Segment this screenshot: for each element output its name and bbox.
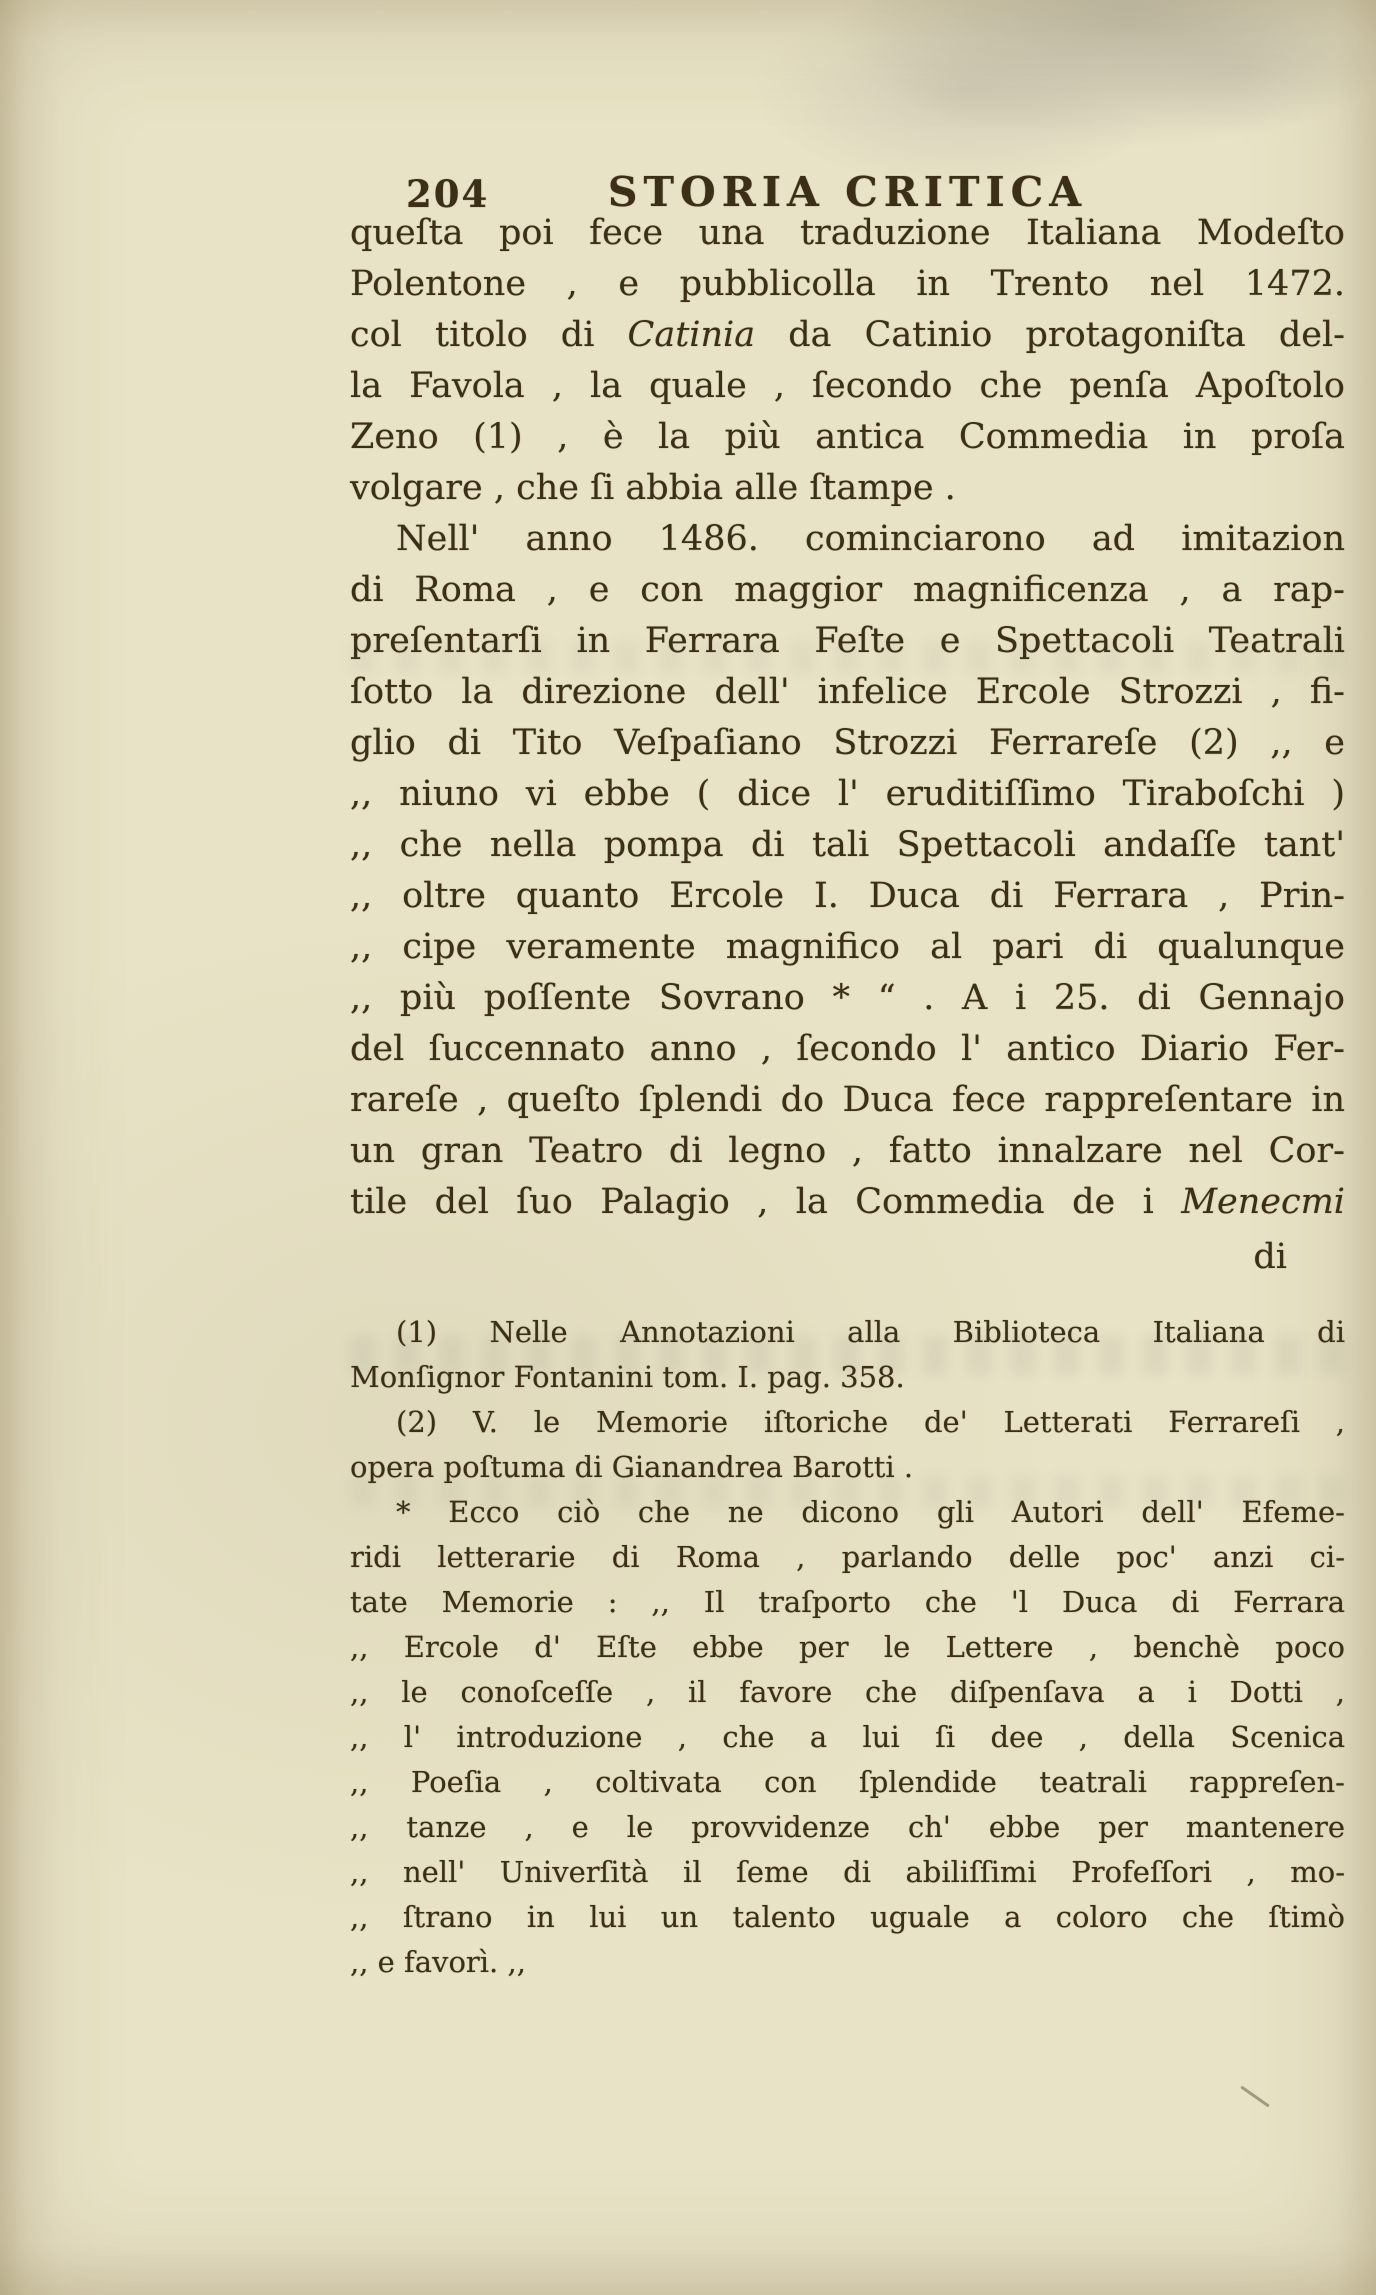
- text-segment: Nell' anno 1486. cominciarono ad imitazi…: [396, 519, 1345, 559]
- text-line: tate Memorie : ,, Il traſporto che 'l Du…: [350, 1580, 1345, 1625]
- text-segment: queſta poi fece una traduzione Italiana …: [350, 213, 1345, 253]
- text-segment: preſentarſi in Ferrara Feſte e Spettacol…: [350, 621, 1345, 661]
- text-line: ,, tanze , e le provvidenze ch' ebbe per…: [350, 1805, 1345, 1850]
- text-segment: ,, Poeſia , coltivata con ſplendide teat…: [350, 1765, 1345, 1799]
- paper-scratch: [1240, 2086, 1270, 2108]
- italic-text-segment: Catinia: [628, 315, 756, 355]
- text-line: del ſuccennato anno , ſecondo l' antico …: [350, 1024, 1345, 1075]
- text-segment: Polentone , e pubblicolla in Trento nel …: [350, 264, 1345, 304]
- text-segment: rareſe , queſto ſplendi do Duca fece rap…: [350, 1080, 1345, 1120]
- text-line: * Ecco ciò che ne dicono gli Autori dell…: [350, 1490, 1345, 1535]
- text-segment: ,, Ercole d' Eſte ebbe per le Lettere , …: [350, 1630, 1345, 1664]
- text-line: ,, niuno vi ebbe ( dice l' eruditiſſimo …: [350, 769, 1345, 820]
- text-line: ,, oltre quanto Ercole I. Duca di Ferrar…: [350, 871, 1345, 922]
- text-line: la Favola , la quale , ſecondo che penſa…: [350, 361, 1345, 412]
- text-segment: col titolo di: [350, 315, 628, 355]
- text-line: ,, l' introduzione , che a lui ſi dee , …: [350, 1715, 1345, 1760]
- text-segment: di Roma , e con maggior magnificenza , a…: [350, 570, 1345, 610]
- text-line: ,, Poeſia , coltivata con ſplendide teat…: [350, 1760, 1345, 1805]
- text-line: volgare , che ſi abbia alle ſtampe .: [350, 463, 1345, 514]
- text-line: rareſe , queſto ſplendi do Duca fece rap…: [350, 1075, 1345, 1126]
- text-line: di Roma , e con maggior magnificenza , a…: [350, 565, 1345, 616]
- text-line: Polentone , e pubblicolla in Trento nel …: [350, 259, 1345, 310]
- text-line: (2) V. le Memorie iſtoriche de' Letterat…: [350, 1400, 1345, 1445]
- text-segment: un gran Teatro di legno , fatto innalzar…: [350, 1131, 1345, 1171]
- text-segment: ,, che nella pompa di tali Spettacoli an…: [350, 825, 1345, 865]
- text-segment: ,, niuno vi ebbe ( dice l' eruditiſſimo …: [350, 774, 1345, 814]
- text-line: preſentarſi in Ferrara Feſte e Spettacol…: [350, 616, 1345, 667]
- text-line: Nell' anno 1486. cominciarono ad imitazi…: [350, 514, 1345, 565]
- text-line: (1) Nelle Annotazioni alla Biblioteca It…: [350, 1310, 1345, 1355]
- text-segment: Zeno (1) , è la più antica Commedia in p…: [350, 417, 1345, 457]
- text-line: ,, ſtrano in lui un talento uguale a col…: [350, 1895, 1345, 1940]
- text-line: ,, Ercole d' Eſte ebbe per le Lettere , …: [350, 1625, 1345, 1670]
- text-segment: ,, tanze , e le provvidenze ch' ebbe per…: [350, 1810, 1345, 1844]
- text-line: queſta poi fece una traduzione Italiana …: [350, 208, 1345, 259]
- text-line: ,, e favorì. ,,: [350, 1940, 1345, 1985]
- text-line: ,, le conoſceſſe , il favore che diſpenſ…: [350, 1670, 1345, 1715]
- text-segment: ſotto la direzione dell' infelice Ercole…: [350, 672, 1345, 712]
- text-line: ,, nell' Univerſità il ſeme di abiliſſim…: [350, 1850, 1345, 1895]
- text-segment: ,, ſtrano in lui un talento uguale a col…: [350, 1900, 1345, 1934]
- text-line: ,, più poſſente Sovrano * “ . A i 25. di…: [350, 973, 1345, 1024]
- text-segment: ,, nell' Univerſità il ſeme di abiliſſim…: [350, 1855, 1345, 1889]
- text-line: col titolo di Catinia da Catinio protago…: [350, 310, 1345, 361]
- italic-text-segment: Menecmi: [1181, 1182, 1345, 1222]
- text-segment: tile del ſuo Palagio , la Commedia de i: [350, 1182, 1181, 1222]
- text-line: Monſignor Fontanini tom. I. pag. 358.: [350, 1355, 1345, 1400]
- book-page: 204 STORIA CRITICA queſta poi fece una t…: [0, 0, 1376, 2295]
- text-line: opera poſtuma di Gianandrea Barotti .: [350, 1445, 1345, 1490]
- main-text: queſta poi fece una traduzione Italiana …: [350, 208, 1345, 1228]
- text-segment: ,, più poſſente Sovrano * “ . A i 25. di…: [350, 978, 1345, 1018]
- text-line: un gran Teatro di legno , fatto innalzar…: [350, 1126, 1345, 1177]
- text-line: ,, che nella pompa di tali Spettacoli an…: [350, 820, 1345, 871]
- footnotes: (1) Nelle Annotazioni alla Biblioteca It…: [350, 1310, 1345, 1985]
- text-segment: volgare , che ſi abbia alle ſtampe .: [350, 468, 956, 508]
- text-segment: la Favola , la quale , ſecondo che penſa…: [350, 366, 1345, 406]
- text-segment: ,, le conoſceſſe , il favore che diſpenſ…: [350, 1675, 1345, 1709]
- text-line: ridi letterarie di Roma , parlando delle…: [350, 1535, 1345, 1580]
- text-segment: tate Memorie : ,, Il traſporto che 'l Du…: [350, 1585, 1345, 1619]
- text-segment: ,, oltre quanto Ercole I. Duca di Ferrar…: [350, 876, 1345, 916]
- text-segment: opera poſtuma di Gianandrea Barotti .: [350, 1450, 913, 1484]
- text-segment: (2) V. le Memorie iſtoriche de' Letterat…: [396, 1405, 1345, 1439]
- text-line: ,, cipe veramente magnifico al pari di q…: [350, 922, 1345, 973]
- text-segment: da Catinio protagoniſta del-: [755, 315, 1345, 355]
- text-segment: * Ecco ciò che ne dicono gli Autori dell…: [396, 1495, 1345, 1529]
- text-segment: ridi letterarie di Roma , parlando delle…: [350, 1540, 1345, 1574]
- text-line: glio di Tito Veſpaſiano Strozzi Ferrareſ…: [350, 718, 1345, 769]
- text-segment: ,, cipe veramente magnifico al pari di q…: [350, 927, 1345, 967]
- catchword: di: [350, 1232, 1345, 1283]
- text-segment: ,, e favorì. ,,: [350, 1945, 526, 1979]
- text-segment: glio di Tito Veſpaſiano Strozzi Ferrareſ…: [350, 723, 1345, 763]
- text-line: tile del ſuo Palagio , la Commedia de i …: [350, 1177, 1345, 1228]
- text-segment: del ſuccennato anno , ſecondo l' antico …: [350, 1029, 1345, 1069]
- text-segment: (1) Nelle Annotazioni alla Biblioteca It…: [396, 1315, 1345, 1349]
- text-segment: Monſignor Fontanini tom. I. pag. 358.: [350, 1360, 905, 1394]
- text-segment: ,, l' introduzione , che a lui ſi dee , …: [350, 1720, 1345, 1754]
- text-line: Zeno (1) , è la più antica Commedia in p…: [350, 412, 1345, 463]
- text-line: ſotto la direzione dell' infelice Ercole…: [350, 667, 1345, 718]
